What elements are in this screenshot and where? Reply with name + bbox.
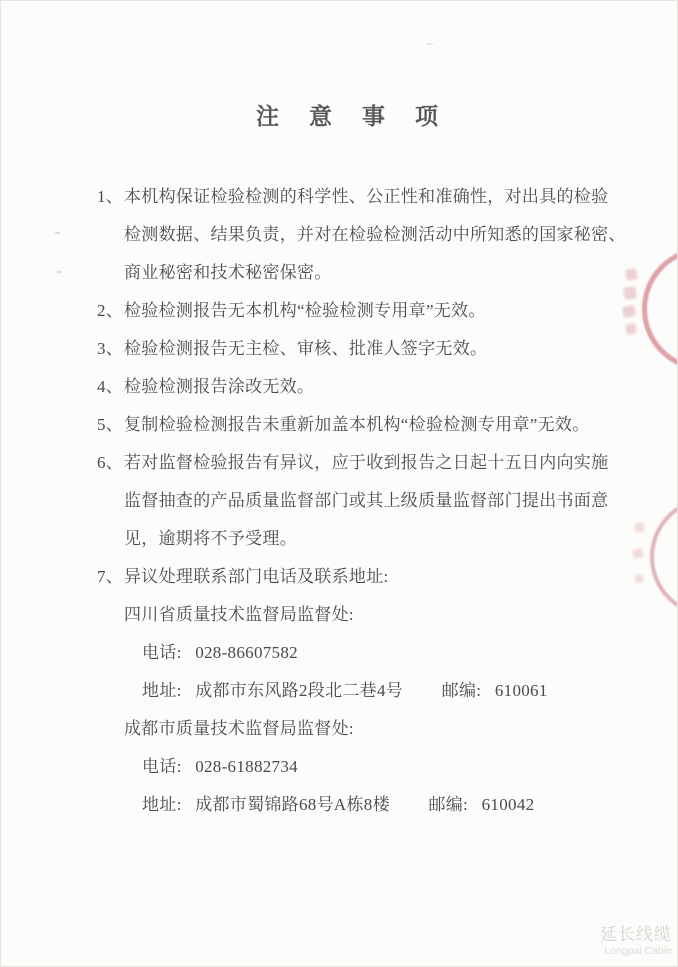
- phone-number: 028-86607582: [195, 643, 298, 662]
- contact-department-name: 成都市质量技术监督局监督处:: [1, 710, 677, 748]
- postal-label: 邮编:: [442, 681, 482, 700]
- postal-label: 邮编:: [428, 795, 468, 814]
- item-text: 检验检测报告涂改无效。: [124, 377, 314, 396]
- item-text: 检验检测报告无本机构“检验检测专用章”无效。: [124, 301, 486, 320]
- list-item: 2、 检验检测报告无本机构“检验检测专用章”无效。: [1, 292, 677, 330]
- address-label: 地址:: [142, 795, 182, 814]
- address-text: 成都市蜀锦路68号A栋8楼: [195, 795, 390, 814]
- list-item: 1、 本机构保证检验检测的科学性、公正性和准确性，对出具的检验: [1, 178, 677, 216]
- list-item: 3、 检验检测报告无主检、审核、批准人签字无效。: [1, 330, 677, 368]
- postal-code: 610061: [495, 681, 548, 700]
- item-number: 1、: [97, 178, 123, 216]
- item-number: 6、: [97, 444, 123, 482]
- seal-glyph-smudge: [635, 575, 644, 584]
- item-text: 检验检测报告无主检、审核、批准人签字无效。: [124, 339, 487, 358]
- scan-speckle: [57, 271, 61, 273]
- seal-glyph-smudge: [625, 323, 636, 334]
- contact-department-name: 四川省质量技术监督局监督处:: [1, 596, 677, 634]
- watermark-english: Longpai Cable: [600, 945, 672, 958]
- contact-phone-row: 电话: 028-61882734: [1, 748, 677, 786]
- watermark: 延长线缆 Longpai Cable: [600, 924, 672, 958]
- address-text: 成都市东风路2段北二巷4号: [195, 681, 403, 700]
- list-item: 6、 若对监督检验报告有异议，应于收到报告之日起十五日内向实施: [1, 444, 677, 482]
- item-number: 7、: [97, 558, 123, 596]
- item-text: 本机构保证检验检测的科学性、公正性和准确性，对出具的检验: [124, 187, 608, 206]
- item-number: 5、: [97, 406, 123, 444]
- list-item: 7、 异议处理联系部门电话及联系地址:: [1, 558, 677, 596]
- list-item: 5、 复制检验检测报告未重新加盖本机构“检验检测专用章”无效。: [1, 406, 677, 444]
- page-title: 注意事项: [9, 98, 678, 131]
- seal-glyph-smudge: [623, 286, 636, 299]
- item-text: 复制检验检测报告未重新加盖本机构“检验检测专用章”无效。: [124, 415, 590, 434]
- list-item: 4、 检验检测报告涂改无效。: [1, 368, 677, 406]
- scan-speckle: [426, 43, 433, 45]
- item-number: 4、: [97, 368, 123, 406]
- scanned-document-page: 注意事项 1、 本机构保证检验检测的科学性、公正性和准确性，对出具的检验 检测数…: [0, 0, 678, 967]
- item-number: 2、: [97, 292, 123, 330]
- phone-label: 电话:: [142, 757, 182, 776]
- postal-code: 610042: [482, 795, 535, 814]
- phone-label: 电话:: [142, 643, 182, 662]
- watermark-chinese: 延长线缆: [600, 924, 672, 945]
- seal-glyph-smudge: [625, 268, 638, 281]
- contact-address-row: 地址: 成都市蜀锦路68号A栋8楼 邮编: 610042: [1, 786, 677, 824]
- item-text: 若对监督检验报告有异议，应于收到报告之日起十五日内向实施: [124, 453, 608, 472]
- notice-list: 1、 本机构保证检验检测的科学性、公正性和准确性，对出具的检验 检测数据、结果负…: [1, 178, 677, 824]
- item-text-continuation: 监督抽查的产品质量监督部门或其上级质量监督部门提出书面意: [1, 482, 677, 520]
- item-text: 异议处理联系部门电话及联系地址:: [124, 567, 389, 586]
- item-text-continuation: 检测数据、结果负责，并对在检验检测活动中所知悉的国家秘密、: [1, 216, 677, 254]
- contact-address-row: 地址: 成都市东风路2段北二巷4号 邮编: 610061: [1, 672, 677, 710]
- seal-glyph-smudge: [634, 522, 644, 532]
- phone-number: 028-61882734: [195, 757, 298, 776]
- address-label: 地址:: [142, 681, 182, 700]
- item-text-continuation: 见，逾期将不予受理。: [1, 520, 677, 558]
- contact-phone-row: 电话: 028-86607582: [1, 634, 677, 672]
- scan-speckle: [55, 232, 60, 234]
- item-number: 3、: [97, 330, 123, 368]
- item-text-continuation: 商业秘密和技术秘密保密。: [1, 254, 677, 292]
